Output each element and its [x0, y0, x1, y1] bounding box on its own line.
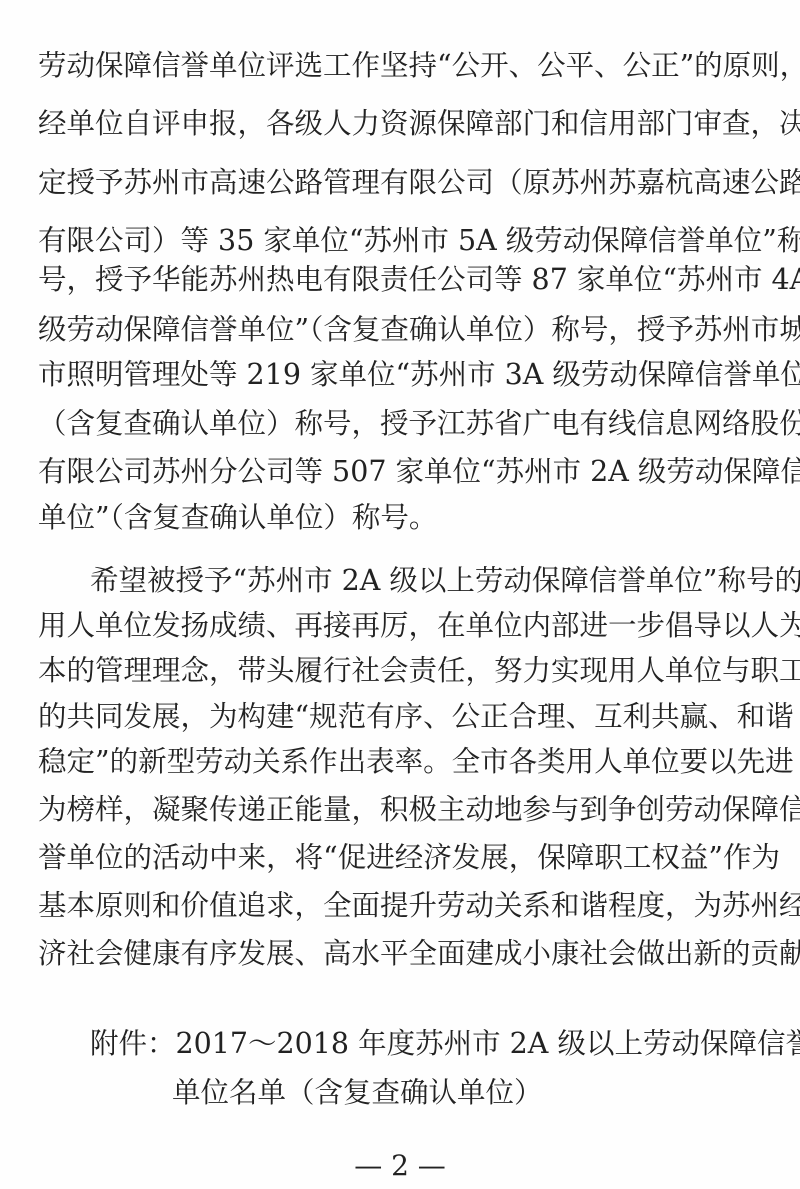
text-line: 的共同发展，为构建“规范有序、公正合理、互利共赢、和谐: [38, 697, 780, 737]
text-line: 单位”（含复查确认单位）称号。: [38, 498, 780, 538]
text-line: 级劳动保障信誉单位”（含复查确认单位）称号，授予苏州市城: [38, 310, 780, 350]
text-line: 济社会健康有序发展、高水平全面建成小康社会做出新的贡献。: [38, 934, 780, 974]
text-line: 为榜样，凝聚传递正能量，积极主动地参与到争创劳动保障信: [38, 790, 780, 830]
attachment-line-1: 附件：2017～2018 年度苏州市 2A 级以上劳动保障信誉: [90, 1024, 800, 1064]
text-line: 劳动保障信誉单位评选工作坚持“公开、公平、公正”的原则，: [38, 46, 780, 86]
text-line: 经单位自评申报，各级人力资源保障部门和信用部门审查，决: [38, 104, 780, 144]
text-line: 有限公司苏州分公司等 507 家单位“苏州市 2A 级劳动保障信誉: [38, 452, 780, 492]
text-line: 本的管理理念，带头履行社会责任，努力实现用人单位与职工: [38, 651, 780, 691]
text-line: 定授予苏州市高速公路管理有限公司（原苏州苏嘉杭高速公路: [38, 163, 780, 203]
text-line: （含复查确认单位）称号，授予江苏省广电有线信息网络股份: [38, 404, 780, 444]
page-number: — 2 —: [0, 1146, 800, 1186]
text-line: 有限公司）等 35 家单位“苏州市 5A 级劳动保障信誉单位”称: [38, 221, 780, 261]
text-line: 誉单位的活动中来，将“促进经济发展，保障职工权益”作为: [38, 838, 780, 878]
text-line: 希望被授予“苏州市 2A 级以上劳动保障信誉单位”称号的: [90, 561, 780, 601]
text-line: 基本原则和价值追求，全面提升劳动关系和谐程度，为苏州经: [38, 886, 780, 926]
text-line: 用人单位发扬成绩、再接再厉，在单位内部进一步倡导以人为: [38, 606, 780, 646]
text-line: 号，授予华能苏州热电有限责任公司等 87 家单位“苏州市 4A: [38, 260, 780, 300]
text-line: 稳定”的新型劳动关系作出表率。全市各类用人单位要以先进: [38, 742, 780, 782]
document-page: 劳动保障信誉单位评选工作坚持“公开、公平、公正”的原则， 经单位自评申报，各级人…: [0, 0, 800, 1189]
text-line: 市照明管理处等 219 家单位“苏州市 3A 级劳动保障信誉单位”: [38, 355, 780, 395]
attachment-line-2: 单位名单（含复查确认单位）: [172, 1073, 543, 1113]
